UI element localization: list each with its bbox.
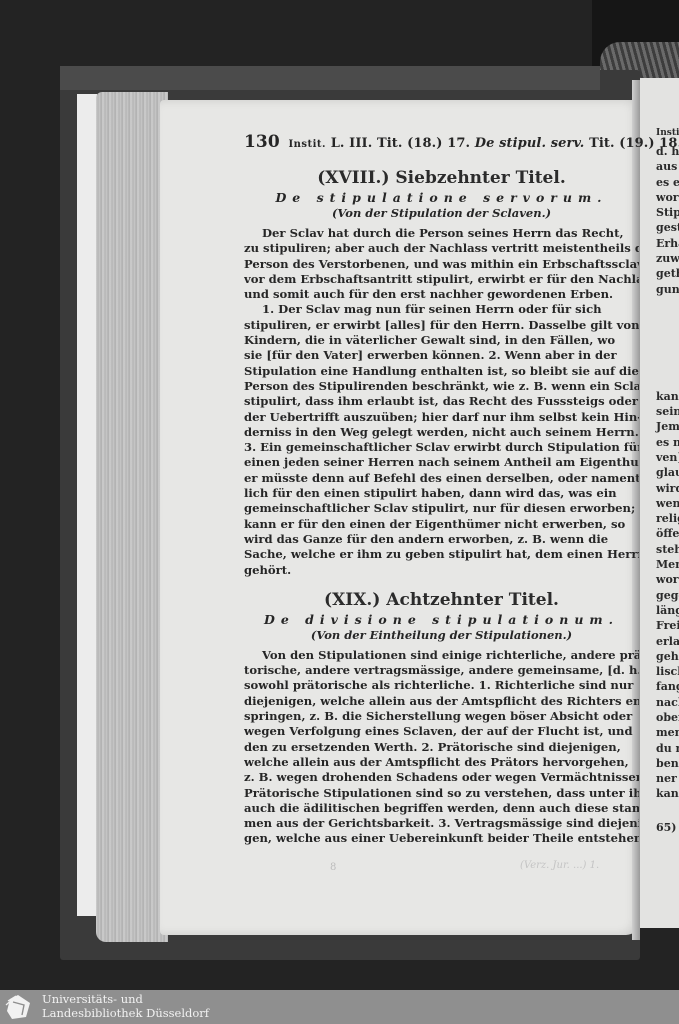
- right-page-fragment: Instit. d. h.auses eworiStipugesteErhäzu…: [640, 78, 679, 928]
- right-page-line: gung: [640, 282, 679, 297]
- paragraph-intro-xviii: Der Sclav hat durch die Person seines He…: [244, 226, 639, 302]
- right-page-line: Erhä: [640, 236, 679, 251]
- right-page-line: kann: [640, 786, 679, 801]
- text-line: Person des Stipulirenden beschränkt, wie…: [244, 379, 639, 394]
- text-line: Stipulation eine Handlung enthalten ist,…: [244, 364, 639, 379]
- right-page-footnote: 65): [640, 820, 679, 835]
- text-line: gemeinschaftlicher Sclav stipulirt, nur …: [244, 501, 639, 516]
- library-name-line1: Universitäts- und: [42, 992, 209, 1006]
- right-page-line: glaul: [640, 465, 679, 480]
- text-line: 1. Der Sclav mag nun für seinen Herrn od…: [244, 302, 639, 317]
- section-latin-title-xix: De divisione stipulationum.: [244, 612, 639, 627]
- running-head-short-title: De stipul. serv.: [475, 136, 585, 151]
- page-number: 130: [244, 132, 280, 152]
- text-line: z. B. wegen drohenden Schadens oder wege…: [244, 770, 639, 785]
- right-page-line: Mens: [640, 557, 679, 572]
- right-page-text: d. h.auses eworiStipugesteErhäzuwegethag…: [640, 144, 679, 835]
- page-stamp-mark: 8: [330, 862, 336, 873]
- text-line: Von den Stipulationen sind einige richte…: [244, 648, 639, 663]
- right-page-line: lisch: [640, 664, 679, 679]
- right-page-line: öffen: [640, 526, 679, 541]
- right-page-line: es e: [640, 175, 679, 190]
- text-line: wird das Ganze für den andern erworben, …: [244, 532, 639, 547]
- right-page-running-head: Instit.: [640, 78, 679, 138]
- paragraph-body-xix: Von den Stipulationen sind einige richte…: [244, 648, 639, 847]
- book-cover-top-edge: [60, 66, 600, 90]
- running-head-next-title: Tit. (19.) 18.: [589, 136, 679, 151]
- running-head-book: L. III. Tit. (18.) 17.: [331, 136, 470, 151]
- text-line: Der Sclav hat durch die Person seines He…: [244, 226, 639, 241]
- text-line: auch die ädilitischen begriffen werden, …: [244, 801, 639, 816]
- right-page-line: ven]: [640, 450, 679, 465]
- right-page-line: Frei: [640, 618, 679, 633]
- right-page-line: steht: [640, 542, 679, 557]
- right-page-line: relig: [640, 511, 679, 526]
- right-page-line: [640, 358, 679, 373]
- text-line: welche allein aus der Amtspflicht des Pr…: [244, 755, 639, 770]
- section-title-xviii: (XVIII.) Siebzehnter Titel.: [244, 168, 639, 188]
- text-line: stipulirt, dass ihm erlaubt ist, das Rec…: [244, 394, 639, 409]
- text-line: diejenigen, welche allein aus der Amtspf…: [244, 694, 639, 709]
- text-line: sie [für den Vater] erwerben können. 2. …: [244, 348, 639, 363]
- text-line: stipuliren, er erwirbt [alles] für den H…: [244, 318, 639, 333]
- right-page-line: [640, 328, 679, 343]
- right-page-line: Jema: [640, 419, 679, 434]
- text-line: men aus der Gerichtsbarkeit. 3. Vertrags…: [244, 816, 639, 831]
- right-page-line: [640, 297, 679, 312]
- right-page-line: sein: [640, 404, 679, 419]
- right-page-line: gegel: [640, 588, 679, 603]
- text-line: gehört.: [244, 563, 639, 578]
- right-page-line: erlau: [640, 634, 679, 649]
- right-page-line: ner: [640, 771, 679, 786]
- section-title-xix: (XIX.) Achtzehnter Titel.: [244, 590, 639, 610]
- right-page-line: es n: [640, 435, 679, 450]
- right-page-line: ben ?: [640, 756, 679, 771]
- text-line: Person des Verstorbenen, und was mithin …: [244, 257, 639, 272]
- text-line: torische, andere vertragsmässige, andere…: [244, 663, 639, 678]
- text-line: lich für den einen stipulirt haben, dann…: [244, 486, 639, 501]
- right-page-line: fang: [640, 679, 679, 694]
- text-line: springen, z. B. die Sicherstellung wegen…: [244, 709, 639, 724]
- right-page-line: gehö: [640, 649, 679, 664]
- right-page-line: nach: [640, 695, 679, 710]
- right-page-line: [640, 312, 679, 327]
- text-line: wegen Verfolgung eines Sclaven, der auf …: [244, 724, 639, 739]
- right-page-line: wird: [640, 481, 679, 496]
- text-line: derniss in den Weg gelegt werden, nicht …: [244, 425, 639, 440]
- book-logo-icon: [4, 993, 34, 1021]
- right-page-line: getha: [640, 266, 679, 281]
- right-page-line: oben: [640, 710, 679, 725]
- right-page-line: men: [640, 725, 679, 740]
- text-line: vor dem Erbschaftsantritt stipulirt, erw…: [244, 272, 639, 287]
- page-text-block: 130 Instit. L. III. Tit. (18.) 17. De st…: [244, 132, 639, 847]
- text-line: sowohl prätorische als richterliche. 1. …: [244, 678, 639, 693]
- library-name: Universitäts- und Landesbibliothek Düsse…: [42, 992, 209, 1020]
- section-german-subtitle-xix: (Von der Eintheilung der Stipulationen.): [244, 628, 639, 642]
- section-german-subtitle-xviii: (Von der Stipulation der Sclaven.): [244, 206, 639, 220]
- right-page-line: wori: [640, 572, 679, 587]
- book-flyleaf: [77, 94, 97, 916]
- text-line: Kindern, die in väterlicher Gewalt sind,…: [244, 333, 639, 348]
- right-page-line: du n: [640, 741, 679, 756]
- text-line: einen jeden seiner Herren nach seinem An…: [244, 455, 639, 470]
- page-stack-edges: [96, 92, 168, 942]
- right-page-line: geste: [640, 220, 679, 235]
- section-latin-title-xviii: De stipulatione servorum.: [244, 190, 639, 205]
- text-line: kann er für den einen der Eigenthümer ni…: [244, 517, 639, 532]
- right-page-line: kann: [640, 389, 679, 404]
- text-line: 3. Ein gemeinschaftlicher Sclav erwirbt …: [244, 440, 639, 455]
- right-page-line: wenn: [640, 496, 679, 511]
- text-line: er müsste denn auf Befehl des einen ders…: [244, 471, 639, 486]
- right-page-line: zuwe: [640, 251, 679, 266]
- running-head: 130 Instit. L. III. Tit. (18.) 17. De st…: [244, 132, 639, 152]
- right-page-line: aus: [640, 159, 679, 174]
- text-line: und somit auch für den erst nachher gewo…: [244, 287, 639, 302]
- pencil-annotation: (Verz. Jur. ...) 1.: [520, 860, 599, 871]
- running-head-instit: Instit.: [288, 139, 326, 150]
- text-line: gen, welche aus einer Uebereinkunft beid…: [244, 831, 639, 846]
- right-page-line: wori: [640, 190, 679, 205]
- right-page-line: läng: [640, 603, 679, 618]
- text-line: der Uebertrifft auszuüben; hier darf nur…: [244, 410, 639, 425]
- library-name-line2: Landesbibliothek Düsseldorf: [42, 1006, 209, 1020]
- right-page-line: [640, 373, 679, 388]
- right-page-line: [640, 343, 679, 358]
- text-line: den zu ersetzenden Werth. 2. Prätorische…: [244, 740, 639, 755]
- text-line: Sache, welche er ihm zu geben stipulirt …: [244, 547, 639, 562]
- paragraph-body-xviii: 1. Der Sclav mag nun für seinen Herrn od…: [244, 302, 639, 577]
- right-page-line: Stipu: [640, 205, 679, 220]
- text-line: Prätorische Stipulationen sind so zu ver…: [244, 786, 639, 801]
- text-line: zu stipuliren; aber auch der Nachlass ve…: [244, 241, 639, 256]
